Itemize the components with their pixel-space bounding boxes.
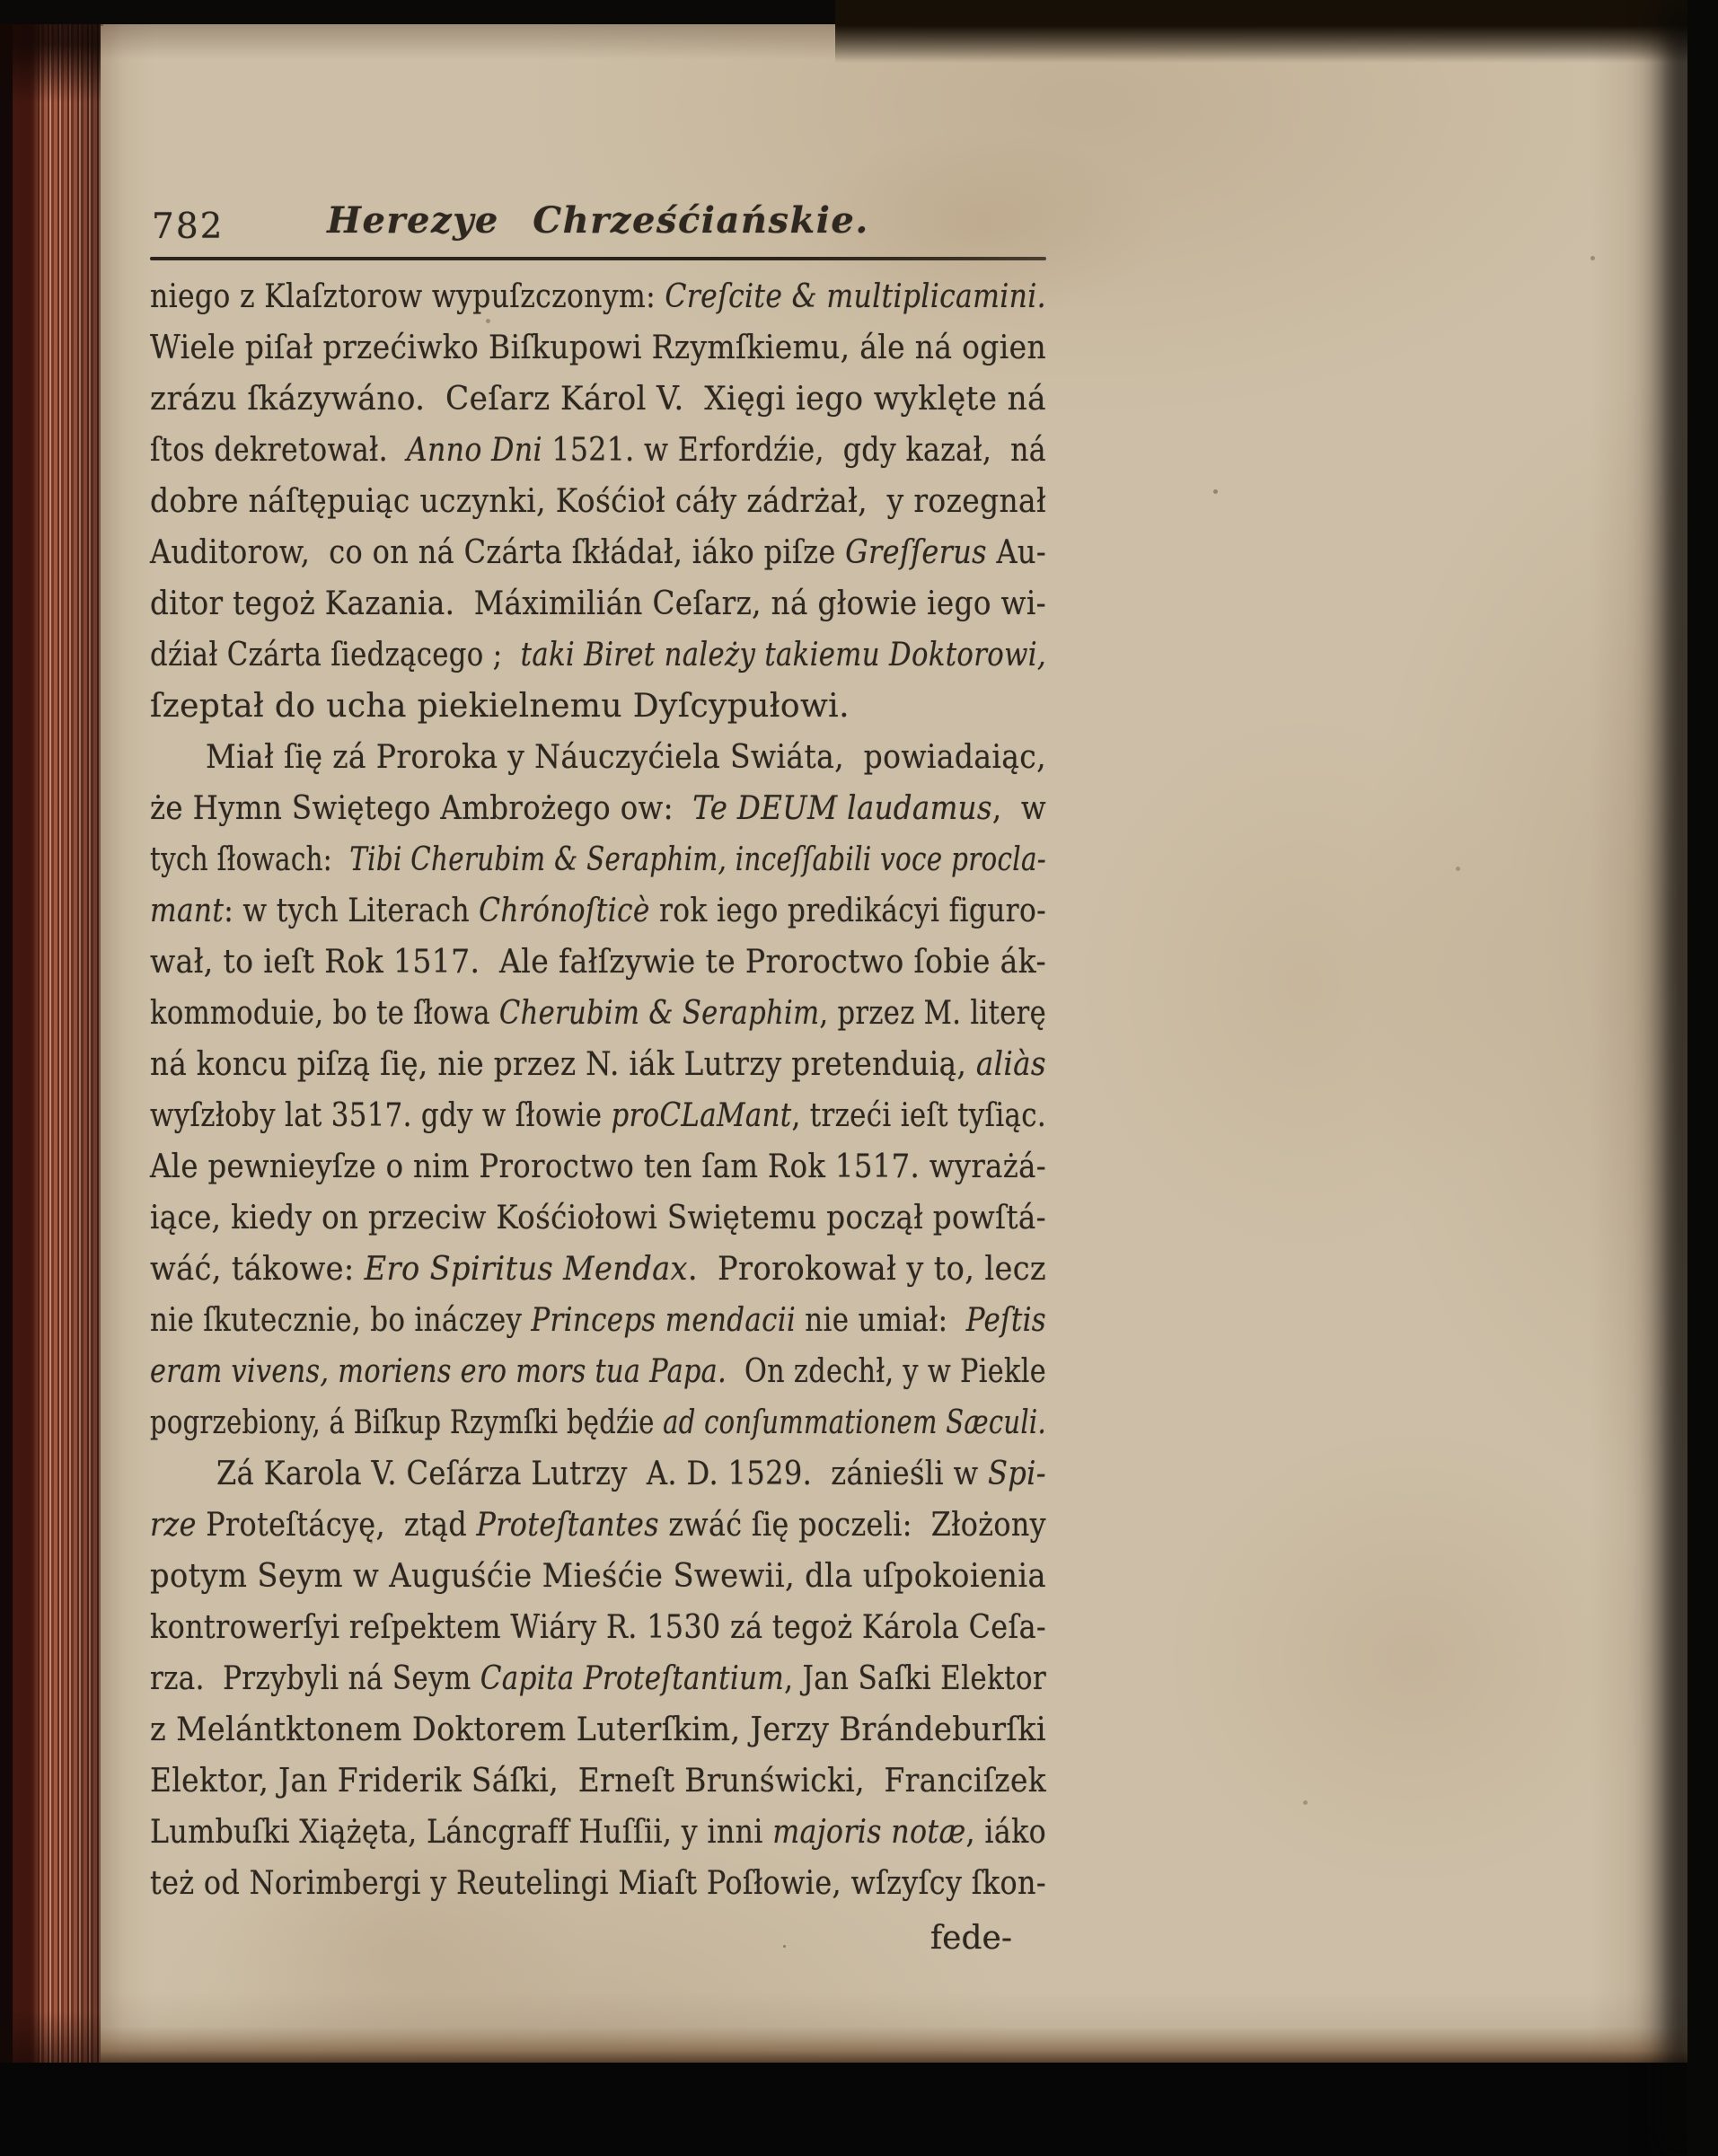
text-line: Auditorow, co on ná Czárta ſkłádał, iáko…: [150, 527, 1046, 578]
text-line: Lumbuſki Xiążęta, Láncgraff Huſſii, y in…: [150, 1807, 1046, 1858]
text-line: wáć, tákowe: Ero Spiritus Mendax. Prorok…: [150, 1244, 1046, 1295]
text-line: nie ſkutecznie, bo ináczey Princeps mend…: [150, 1295, 1046, 1346]
book-cover-top-edge: [835, 0, 1718, 63]
text-line: kommoduie, bo te ſłowa Cherubim & Seraph…: [150, 988, 1046, 1039]
text-line: Ale pewnieyſze o nim Proroctwo ten ſam R…: [150, 1141, 1046, 1192]
text-line: dźiał Czárta ſiedzącego ; taki Biret nal…: [150, 629, 1046, 681]
text-line: pogrzebiony, á Biſkup Rzymſki będźie ad …: [150, 1397, 1046, 1448]
text-line: też od Norimbergi y Reutelingi Miaſt Poſ…: [150, 1858, 1046, 1909]
running-title: Herezye Chrześćiańskie.: [150, 199, 1046, 242]
text-line: tych ſłowach: Tibi Cherubim & Seraphim, …: [150, 834, 1046, 885]
page-number: 782: [152, 207, 224, 247]
text-line: wyſzłoby lat 3517. gdy w ſłowie proCLaMa…: [150, 1090, 1046, 1141]
page-header: 782 Herezye Chrześćiańskie.: [150, 199, 1046, 251]
page-content: 782 Herezye Chrześćiańskie. niego z Klaſ…: [150, 199, 1046, 1964]
background-bottom-shadow: [0, 2063, 1718, 2156]
text-line: mant: w tych Literach Chrónoſticè rok ie…: [150, 885, 1046, 937]
text-line: rza. Przybyli ná Seym Capita Proteſtanti…: [150, 1653, 1046, 1704]
text-line: iące, kiedy on przeciw Kośćiołowi Swięte…: [150, 1192, 1046, 1244]
photo-background: 782 Herezye Chrześćiańskie. niego z Klaſ…: [0, 0, 1718, 2156]
text-line: ná koncu piſzą ſię, nie przez N. iák Lut…: [150, 1039, 1046, 1090]
text-line: Zá Karola V. Ceſárza Lutrzy A. D. 1529. …: [150, 1448, 1046, 1500]
text-line: eram vivens, moriens ero mors tua Papa. …: [150, 1346, 1046, 1397]
text-line: kontrowerſyi reſpektem Wiáry R. 1530 zá …: [150, 1602, 1046, 1653]
header-rule: [150, 257, 1046, 260]
text-line: wał, to ieſt Rok 1517. Ale fałſzywie te …: [150, 937, 1046, 988]
text-line: ſzeptał do ucha piekielnemu Dyſcypułowi.: [150, 681, 1046, 732]
text-line: ſtos dekretował. Anno Dni 1521. w Erford…: [150, 425, 1046, 476]
text-line: ditor tegoż Kazania. Máximilián Ceſarz, …: [150, 578, 1046, 629]
text-line: z Melántktonem Doktorem Luterſkim, Jerzy…: [150, 1704, 1046, 1756]
text-line: niego z Klaſztorow wypuſzczonym: Creſcit…: [150, 271, 1046, 322]
text-line: rze Proteſtácyę, ztąd Proteſtantes zwáć …: [150, 1500, 1046, 1551]
text-line: zrázu ſkázywáno. Ceſarz Károl V. Xięgi i…: [150, 374, 1046, 425]
paper-stain: [1070, 706, 1537, 1263]
text-line: potym Seym w Auguśćie Mieśćie Swewii, dl…: [150, 1551, 1046, 1602]
page-body-text: niego z Klaſztorow wypuſzczonym: Creſcit…: [150, 271, 1046, 1909]
text-line: Wiele piſał przećiwko Biſkupowi Rzymſkie…: [150, 322, 1046, 374]
text-line: że Hymn Swiętego Ambrożego ow: Te DEUM l…: [150, 783, 1046, 834]
text-line: Elektor, Jan Friderik Sáſki, Erneſt Brun…: [150, 1756, 1046, 1807]
background-right-shadow: [1687, 0, 1718, 2156]
catchword: fede-: [150, 1913, 1046, 1964]
text-line: dobre náſtępuiąc uczynki, Kośćioł cáły z…: [150, 476, 1046, 527]
paper-stain: [1160, 1424, 1663, 1891]
text-line: Miał ſię zá Proroka y Náuczyćiela Swiáta…: [150, 732, 1046, 783]
